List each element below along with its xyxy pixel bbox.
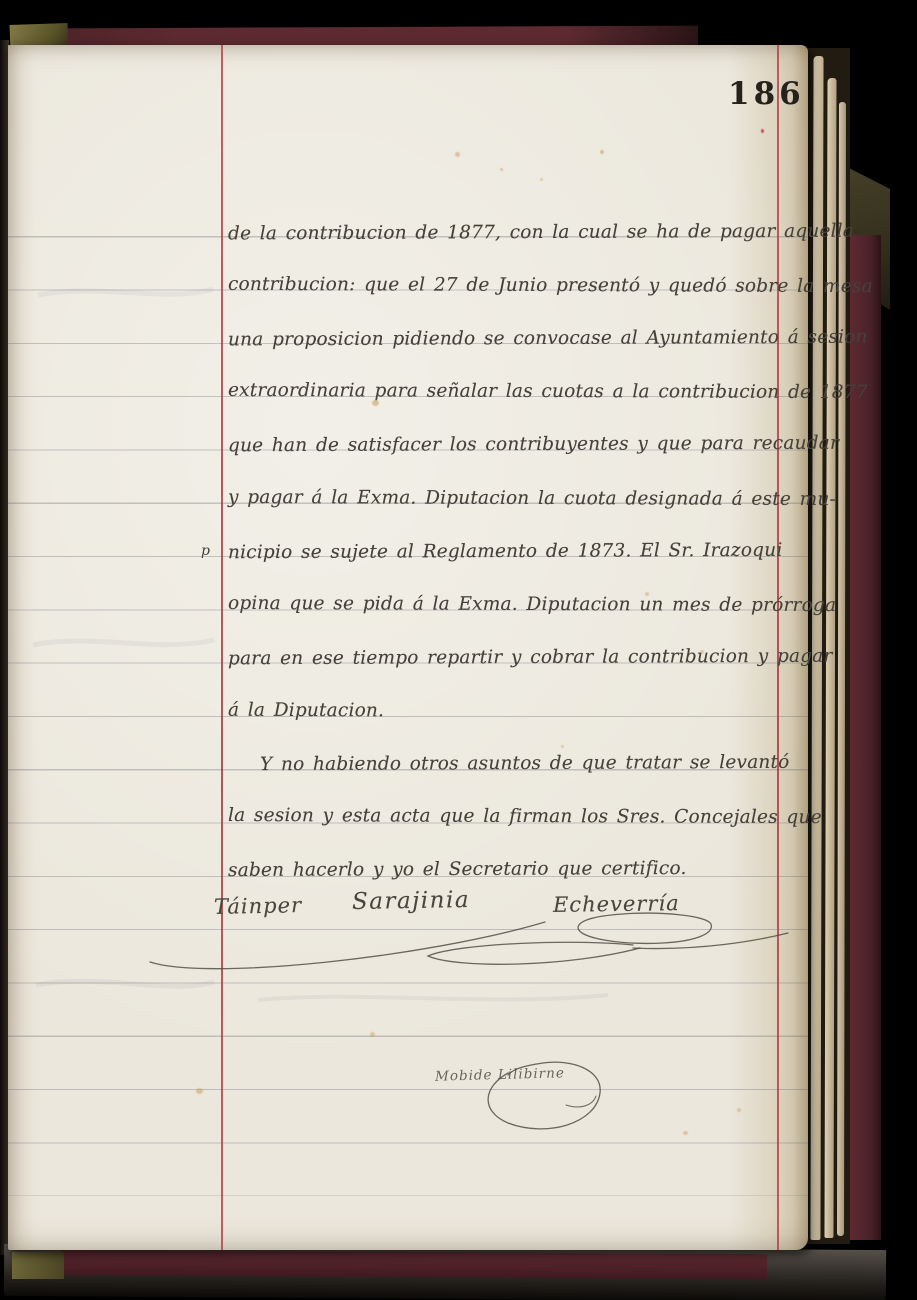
manuscript-line-10: á la Diputacion. [228, 700, 384, 722]
signature-2: Sarajinia [352, 887, 470, 915]
manuscript-line-1: de la contribucion de 1877, con la cual … [228, 221, 854, 245]
cover-corner-bottom-left [12, 1252, 64, 1279]
foxing-spot [561, 745, 564, 748]
page-stack-edge [837, 102, 846, 1236]
manuscript-line-8: opina que se pida á la Exma. Diputacion … [228, 593, 836, 616]
foxing-spot [683, 1131, 688, 1135]
manuscript-line-2: contribucion: que el 27 de Junio present… [228, 274, 873, 297]
manuscript-line-3: una proposicion pidiendo se convocase al… [228, 327, 868, 351]
secretary-annotation: Mobide Lilibirne [435, 1065, 565, 1084]
foxing-spot [196, 1088, 203, 1094]
foxing-spot [455, 152, 460, 157]
left-margin-line [221, 45, 223, 1250]
manuscript-line-4: extraordinaria para señalar las cuotas a… [228, 380, 868, 403]
foxing-spot [645, 592, 649, 596]
manuscript-line-13: saben hacerlo y yo el Secretario que cer… [228, 858, 687, 881]
manuscript-line-5: que han de satisfacer los contribuyentes… [228, 433, 839, 457]
margin-mark: p [201, 543, 210, 559]
foxing-spot [600, 150, 604, 154]
manuscript-line-6: y pagar á la Exma. Diputacion la cuota d… [228, 487, 836, 510]
manuscript-line-7: nicipio se sujete al Reglamento de 1873.… [228, 540, 783, 563]
book-cover-bottom-edge [4, 1244, 886, 1300]
foxing-spot [370, 1032, 375, 1037]
signature-3: Echeverría [553, 891, 680, 917]
foxing-spot [372, 400, 379, 406]
manuscript-line-11: Y no habiendo otros asuntos de que trata… [260, 752, 790, 775]
manuscript-line-9: para en ese tiempo repartir y cobrar la … [228, 646, 833, 670]
signature-1: Táinper [214, 893, 303, 919]
foxing-spot [500, 168, 503, 171]
foxing-spot [737, 1108, 741, 1112]
cover-bottom-maroon-strip [62, 1250, 767, 1279]
foxing-spot [540, 178, 543, 181]
foxing-spot [700, 650, 704, 654]
page-number: 186 [728, 76, 805, 112]
manuscript-line-12: la sesion y esta acta que la firman los … [228, 805, 822, 828]
manuscript-page: 186 de la contribucion de 1877, con la c… [8, 45, 808, 1250]
red-ink-speck [761, 129, 764, 133]
